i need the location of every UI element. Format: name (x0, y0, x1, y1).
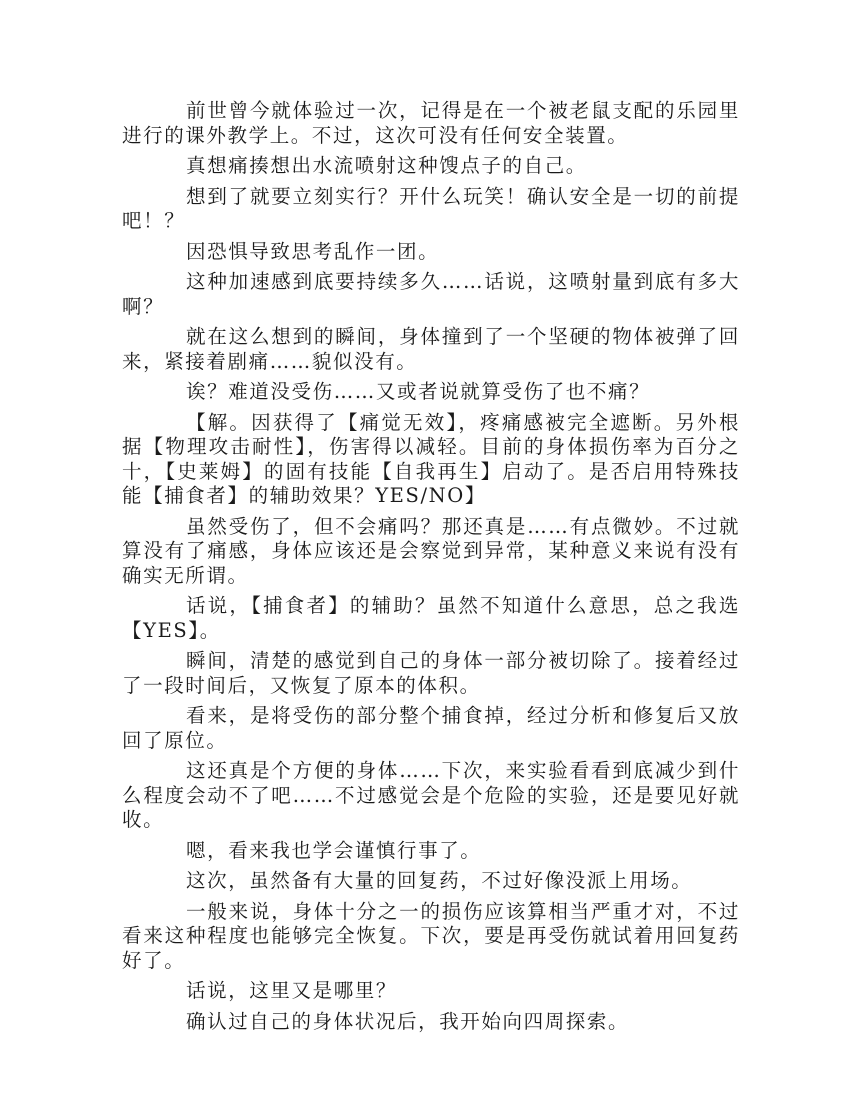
paragraph-6: 就在这么想到的瞬间，身体撞到了一个坚硬的物体被弹了回来，紧接着剧痛……貌似没有。 (122, 325, 740, 374)
paragraph-10: 话说，【捕食者】的辅助？虽然不知道什么意思，总之我选【YES】。 (122, 594, 740, 643)
paragraph-5: 这种加速感到底要持续多久……话说，这喷射量到底有多大啊？ (122, 270, 740, 319)
paragraph-14: 嗯，看来我也学会谨慎行事了。 (122, 839, 740, 864)
paragraph-18: 确认过自己的身体状况后，我开始向四周探索。 (122, 1010, 740, 1035)
paragraph-7: 诶？难道没受伤……又或者说就算受伤了也不痛？ (122, 380, 740, 405)
paragraph-12: 看来，是将受伤的部分整个捕食掉，经过分析和修复后又放回了原位。 (122, 704, 740, 753)
paragraph-3: 想到了就要立刻实行？开什么玩笑！确认安全是一切的前提吧！？ (122, 185, 740, 234)
paragraph-15: 这次，虽然备有大量的回复药，不过好像没派上用场。 (122, 869, 740, 894)
document-page: 前世曾今就体验过一次，记得是在一个被老鼠支配的乐园里进行的课外教学上。不过，这次… (122, 99, 740, 1040)
paragraph-13: 这还真是个方便的身体……下次，来实验看看到底减少到什么程度会动不了吧……不过感觉… (122, 759, 740, 833)
paragraph-16: 一般来说，身体十分之一的损伤应该算相当严重才对，不过看来这种程度也能够完全恢复。… (122, 900, 740, 974)
paragraph-2: 真想痛揍想出水流喷射这种馊点子的自己。 (122, 154, 740, 179)
paragraph-4: 因恐惧导致思考乱作一团。 (122, 240, 740, 265)
paragraph-1: 前世曾今就体验过一次，记得是在一个被老鼠支配的乐园里进行的课外教学上。不过，这次… (122, 99, 740, 148)
paragraph-17: 话说，这里又是哪里？ (122, 979, 740, 1004)
paragraph-9: 虽然受伤了，但不会痛吗？那还真是……有点微妙。不过就算没有了痛感，身体应该还是会… (122, 515, 740, 589)
paragraph-11: 瞬间，清楚的感觉到自己的身体一部分被切除了。接着经过了一段时间后，又恢复了原本的… (122, 649, 740, 698)
paragraph-8-system-message: 【解。因获得了【痛觉无效】，疼痛感被完全遮断。另外根据【物理攻击耐性】，伤害得以… (122, 411, 740, 509)
